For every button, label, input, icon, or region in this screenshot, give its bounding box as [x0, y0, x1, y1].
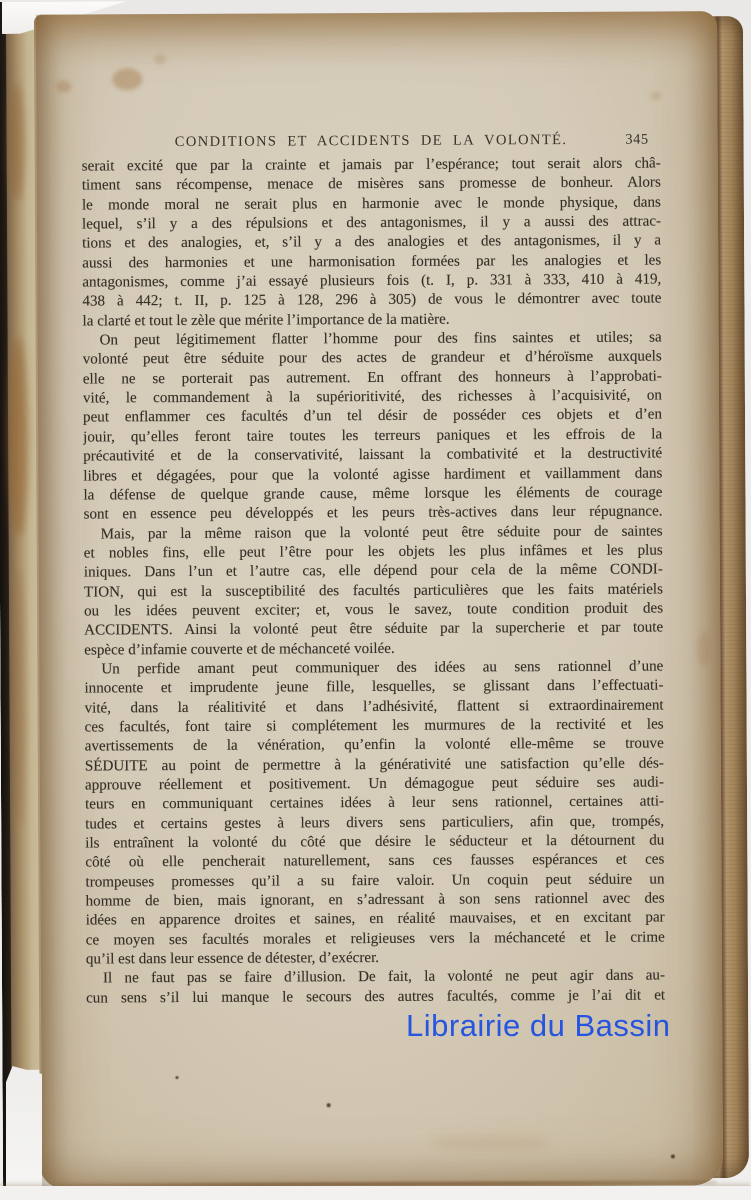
- foxing-stain: [13, 567, 26, 827]
- foxing-spot: [154, 54, 166, 64]
- text-line: 438 à 442; t. II, p. 125 à 128, 296 à 30…: [82, 290, 661, 312]
- ink-speck: [671, 1154, 675, 1158]
- book-page-photograph: CONDITIONS ET ACCIDENTS DE LA VOLONTÉ. 3…: [0, 0, 751, 1200]
- foxing-stain: [8, 82, 25, 202]
- background-surface-wedge: [6, 1066, 42, 1200]
- foxing-spot: [430, 1134, 550, 1151]
- paragraph: Mais, par la même raison que la volonté …: [84, 522, 664, 660]
- foxing-spot: [697, 631, 711, 667]
- text-line: avertissements de la vénération, qu’enfi…: [85, 735, 664, 757]
- text-line: ce moyen ses facultés morales et religie…: [86, 928, 665, 950]
- text-line: timent sans récompense, menace de misère…: [82, 174, 661, 196]
- text-line: idées en apparence droites et saines, en…: [86, 909, 665, 931]
- paragraph: Un perfide amant peut communiquer des id…: [84, 657, 665, 970]
- foxing-spot: [650, 91, 661, 100]
- body-text: serait excité que par la crainte et jama…: [82, 155, 665, 1009]
- text-line: innocente et imprudente jeune fille, les…: [84, 677, 663, 699]
- text-line: teurs en communiquant certaines idées à …: [85, 793, 664, 815]
- foxing-spot: [56, 81, 71, 93]
- paragraph: serait excité que par la crainte et jama…: [82, 155, 662, 332]
- text-line: sont en essence peu développés et les pe…: [84, 503, 663, 525]
- ink-speck: [175, 1076, 178, 1079]
- text-line: iniques. Dans l’un et l’autre cas, elle …: [84, 561, 663, 583]
- foxing-spot: [112, 68, 142, 90]
- text-line: précautivité et de la conservativité, la…: [83, 445, 662, 467]
- text-line: côté où elle pencherait naturellement, s…: [85, 851, 664, 873]
- bookseller-watermark: Librairie du Bassin: [406, 1008, 671, 1044]
- running-header: CONDITIONS ET ACCIDENTS DE LA VOLONTÉ. 3…: [82, 132, 661, 153]
- background-surface: [0, 1186, 751, 1200]
- text-line: cun sens s’il lui manque le secours des …: [86, 986, 665, 1008]
- foxing-stain: [8, 337, 29, 537]
- ink-speck: [327, 1103, 331, 1107]
- page-number: 345: [625, 132, 648, 149]
- text-line: tions et des analogies, et, s’il y a des…: [82, 232, 661, 254]
- paragraph: Il ne faut pas se faire d’illusion. De f…: [86, 967, 665, 1009]
- running-header-title: CONDITIONS ET ACCIDENTS DE LA VOLONTÉ.: [175, 132, 568, 150]
- text-line: ACCIDENTS. Ainsi la volonté peut être sé…: [84, 619, 663, 641]
- paragraph: On peut légitimement flatter l’homme pou…: [83, 329, 663, 525]
